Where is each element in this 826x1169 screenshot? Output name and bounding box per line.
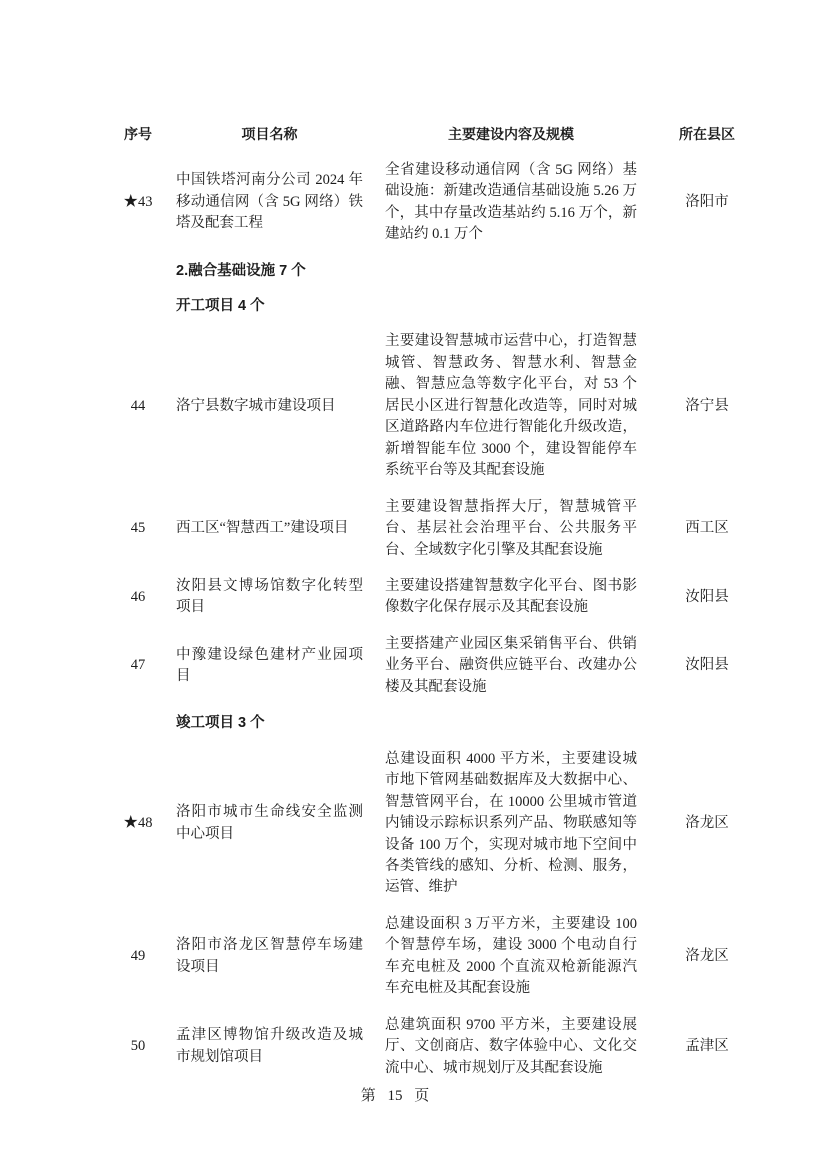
- header-district: 所在县区: [637, 124, 777, 145]
- project-content: 主要建设智慧指挥大厅，智慧城管平台、基层社会治理平台、公共服务平台、全域数字化引…: [385, 497, 637, 561]
- table: 序号 项目名称 主要建设内容及规模 所在县区 ★43 中国铁塔河南分公司 202…: [0, 0, 826, 1079]
- header-project-name: 项目名称: [176, 124, 385, 145]
- table-row: ★48 洛阳市城市生命线安全监测中心项目 总建设面积 4000 平方米，主要建设…: [100, 749, 826, 899]
- section-header-row: 2.融合基础设施 7 个: [100, 261, 826, 282]
- project-district: 孟津区: [637, 1036, 777, 1057]
- section-label: 开工项目 4 个: [176, 296, 777, 317]
- project-content: 总建设面积 4000 平方米，主要建设城市地下管网基础数据库及大数据中心、智慧管…: [385, 749, 637, 899]
- project-name: 西工区“智慧西工”建设项目: [176, 518, 385, 539]
- project-name: 洛阳市洛龙区智慧停车场建设项目: [176, 935, 385, 978]
- table-row: 44 洛宁县数字城市建设项目 主要建设智慧城市运营中心，打造智慧城管、智慧政务、…: [100, 331, 826, 481]
- table-row: ★43 中国铁塔河南分公司 2024 年移动通信网（含 5G 网络）铁塔及配套工…: [100, 160, 826, 246]
- project-district: 洛龙区: [637, 946, 777, 967]
- page-number: 第 15 页: [0, 1084, 790, 1105]
- row-seq-number: 44: [100, 396, 176, 417]
- header-main-content: 主要建设内容及规模: [385, 124, 637, 145]
- row-seq-number: 49: [100, 946, 176, 967]
- project-district: 汝阳县: [637, 655, 777, 676]
- project-content: 总建筑面积 9700 平方米，主要建设展厅、文创商店、数字体验中心、文化交流中心…: [385, 1015, 637, 1079]
- project-content: 主要建设智慧城市运营中心，打造智慧城管、智慧政务、智慧水利、智慧金融、智慧应急等…: [385, 331, 637, 481]
- row-seq-number: 46: [100, 587, 176, 608]
- row-seq-number: ★43: [100, 192, 176, 213]
- section-label: 竣工项目 3 个: [176, 713, 777, 734]
- project-district: 汝阳县: [637, 587, 777, 608]
- project-name: 洛宁县数字城市建设项目: [176, 396, 385, 417]
- table-row: 47 中豫建设绿色建材产业园项目 主要搭建产业园区集采销售平台、供销业务平台、融…: [100, 634, 826, 698]
- table-row: 49 洛阳市洛龙区智慧停车场建设项目 总建设面积 3 万平方米，主要建设 100…: [100, 914, 826, 1000]
- section-header-row: 开工项目 4 个: [100, 296, 826, 317]
- table-row: 50 孟津区博物馆升级改造及城市规划馆项目 总建筑面积 9700 平方米，主要建…: [100, 1015, 826, 1079]
- row-seq-number: ★48: [100, 813, 176, 834]
- table-header: 序号 项目名称 主要建设内容及规模 所在县区: [100, 124, 826, 145]
- table-body: ★43 中国铁塔河南分公司 2024 年移动通信网（含 5G 网络）铁塔及配套工…: [100, 160, 826, 1079]
- project-district: 洛阳市: [637, 192, 777, 213]
- project-district: 西工区: [637, 518, 777, 539]
- project-name: 中国铁塔河南分公司 2024 年移动通信网（含 5G 网络）铁塔及配套工程: [176, 170, 385, 234]
- row-seq-number: 45: [100, 518, 176, 539]
- section-label: 2.融合基础设施 7 个: [176, 261, 777, 282]
- project-name: 中豫建设绿色建材产业园项目: [176, 645, 385, 688]
- table-row: 45 西工区“智慧西工”建设项目 主要建设智慧指挥大厅，智慧城管平台、基层社会治…: [100, 497, 826, 561]
- project-content: 全省建设移动通信网（含 5G 网络）基础设施：新建改造通信基础设施 5.26 万…: [385, 160, 637, 246]
- project-content: 主要搭建产业园区集采销售平台、供销业务平台、融资供应链平台、改建办公楼及其配套设…: [385, 634, 637, 698]
- project-content: 总建设面积 3 万平方米，主要建设 100 个智慧停车场，建设 3000 个电动…: [385, 914, 637, 1000]
- row-seq-number: 50: [100, 1036, 176, 1057]
- project-name: 洛阳市城市生命线安全监测中心项目: [176, 802, 385, 845]
- project-content: 主要建设搭建智慧数字化平台、图书影像数字化保存展示及其配套设施: [385, 576, 637, 619]
- project-district: 洛龙区: [637, 813, 777, 834]
- row-seq-number: 47: [100, 655, 176, 676]
- project-name: 孟津区博物馆升级改造及城市规划馆项目: [176, 1025, 385, 1068]
- project-name: 汝阳县文博场馆数字化转型项目: [176, 576, 385, 619]
- section-header-row: 竣工项目 3 个: [100, 713, 826, 734]
- table-row: 46 汝阳县文博场馆数字化转型项目 主要建设搭建智慧数字化平台、图书影像数字化保…: [100, 576, 826, 619]
- header-seq-number: 序号: [100, 124, 176, 145]
- document-page: 序号 项目名称 主要建设内容及规模 所在县区 ★43 中国铁塔河南分公司 202…: [0, 0, 826, 1169]
- project-district: 洛宁县: [637, 396, 777, 417]
